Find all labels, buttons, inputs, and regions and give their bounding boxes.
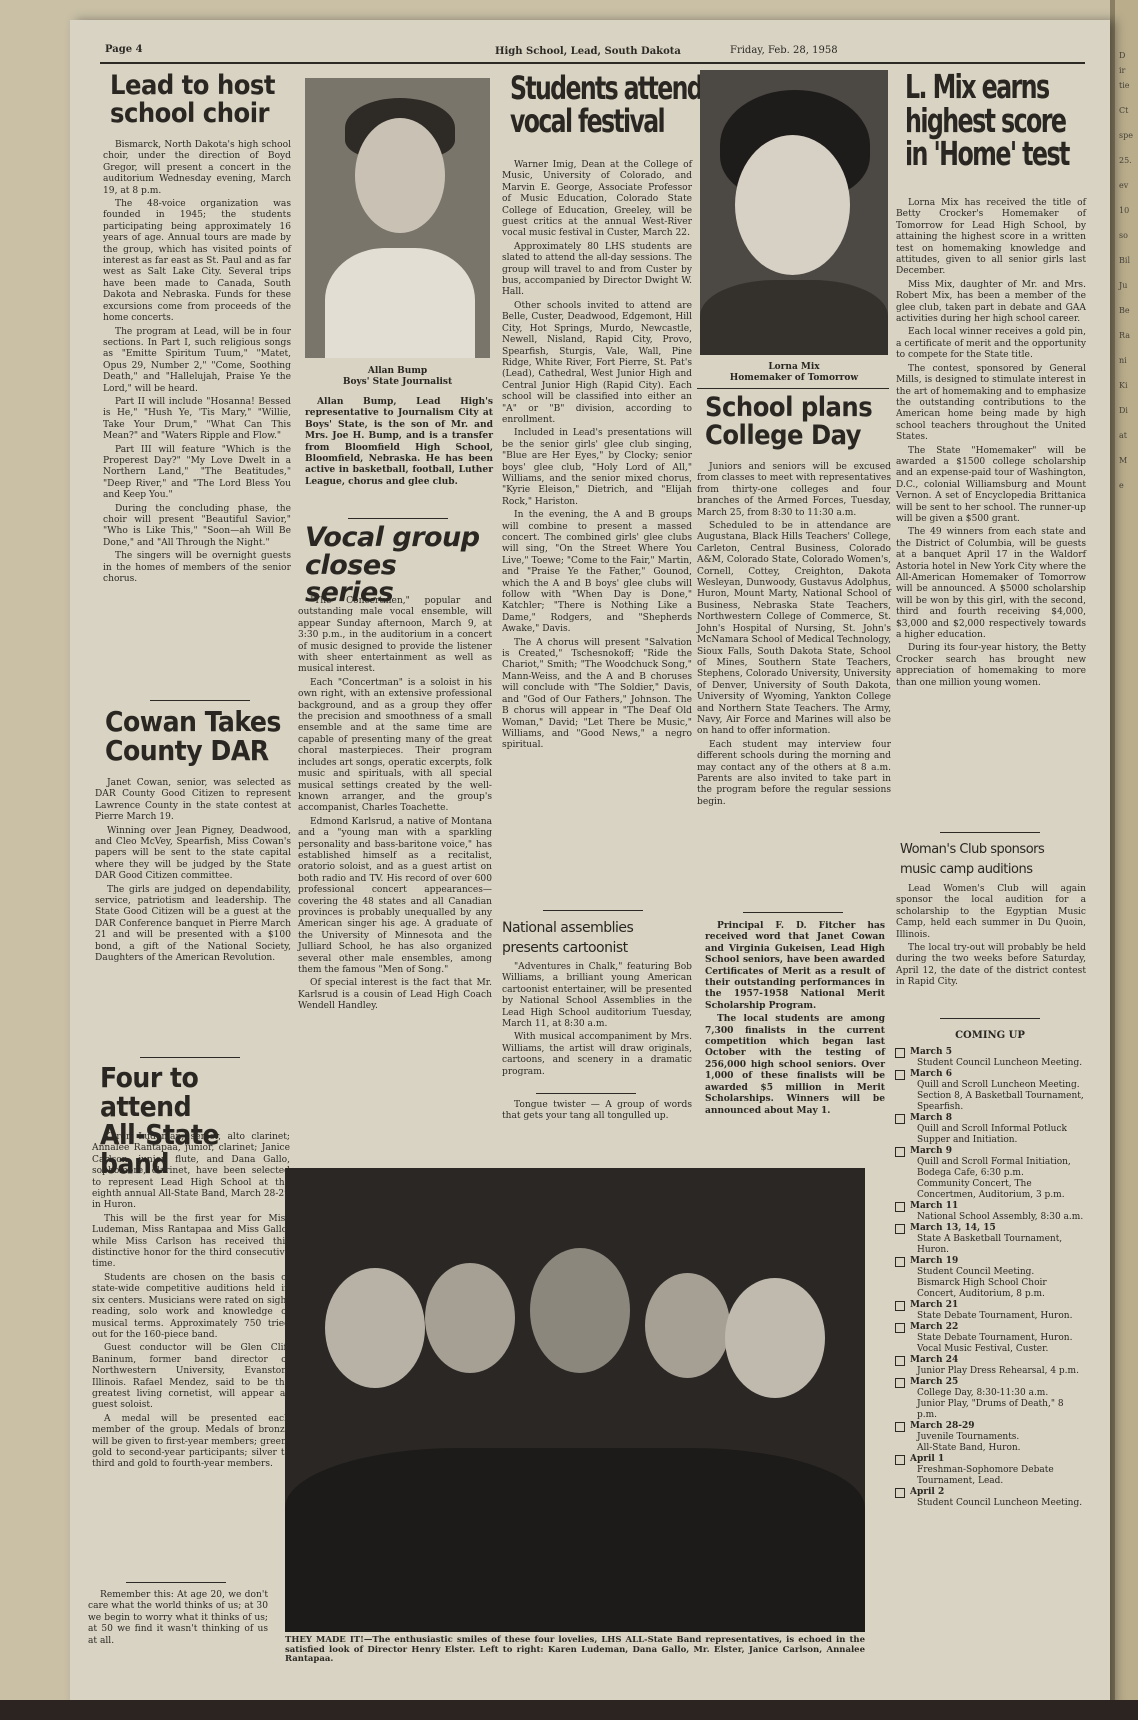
calendar-entry: March 25College Day, 8:30-11:30 a.m.Juni… [895,1377,1085,1421]
date-label: April 1 [910,1454,944,1465]
date-label: March 8 [910,1113,952,1124]
article-cartoonist-body: "Adventures in Chalk," featuring Bob Wil… [502,962,692,1080]
publication-name: High School, Lead, South Dakota [495,46,681,57]
calendar-event: Quill and Scroll Luncheon Meeting. [895,1080,1085,1091]
divider [140,1057,240,1058]
article-band-body: Karen Ludeman, senior, alto clarinet; An… [92,1132,290,1473]
fragment-text: so [1119,230,1137,241]
checkbox-icon [895,1048,905,1058]
checkbox-icon [895,1422,905,1432]
calendar-event: Freshman-Sophomore Debate Tournament, Le… [895,1465,1085,1487]
date-label: March 5 [910,1047,952,1058]
calendar-event: Bismarck High School Choir Concert, Audi… [895,1278,1085,1300]
calendar-date: April 1 [895,1454,1085,1465]
calendar-date: March 9 [895,1146,1085,1157]
calendar-event: All-State Band, Huron. [895,1443,1085,1454]
fragment-text: ir [1119,65,1137,76]
checkbox-icon [895,1202,905,1212]
article-cartoonist: National assembliespresents cartoonist [502,918,692,958]
date-label: March 6 [910,1069,952,1080]
issue-date: Friday, Feb. 28, 1958 [730,45,838,56]
fragment-text: tie [1119,80,1137,91]
calendar-date: March 24 [895,1355,1085,1366]
photo-allan-bump [305,78,490,358]
fragment-text: Di [1119,405,1137,416]
calendar-date: March 25 [895,1377,1085,1388]
photo-lorna-mix [700,70,888,355]
calendar-event: Student Council Meeting. [895,1267,1085,1278]
calendar-event: Junior Play, "Drums of Death," 8 p.m. [895,1399,1085,1421]
calendar-entry: March 6Quill and Scroll Luncheon Meeting… [895,1069,1085,1113]
checkbox-icon [895,1488,905,1498]
article-dar: Cowan TakesCounty DAR [105,708,290,765]
fragment-text: 10 [1119,205,1137,216]
headline: Woman's Club sponsorsmusic camp audition… [900,840,1090,880]
article-college-day-body: Juniors and seniors will be excused from… [697,462,891,810]
calendar-entry: March 28-29Juvenile Tournaments.All-Stat… [895,1421,1085,1454]
date-label: April 2 [910,1487,944,1498]
calendar-event: State A Basketball Tournament, Huron. [895,1234,1085,1256]
article-vocal-group-body: "The Concertmen," popular and outstandin… [298,596,492,1015]
calendar-entry: March 13, 14, 15State A Basketball Tourn… [895,1223,1085,1256]
date-label: March 21 [910,1300,958,1311]
calendar-entry: March 19Student Council Meeting.Bismarck… [895,1256,1085,1300]
photo-caption-bump: Allan Bump Boys' State Journalist [305,366,490,388]
article-merit-body: Principal F. D. Fitcher has received wor… [705,920,885,1118]
page-number: Page 4 [105,44,143,55]
calendar-event: Quill and Scroll Formal Initiation, Bode… [895,1157,1085,1179]
photo-caption-mix: Lorna Mix Homemaker of Tomorrow [700,362,888,384]
calendar-date: March 8 [895,1113,1085,1124]
calendar-event: Vocal Music Festival, Custer. [895,1344,1085,1355]
calendar-list: March 5Student Council Luncheon Meeting.… [895,1047,1085,1509]
headline: School plansCollege Day [705,394,890,449]
article-choir: Lead to hostschool choir [110,72,290,127]
masthead-rule [100,62,1085,64]
calendar-date: March 11 [895,1201,1085,1212]
fragment-text: D [1119,50,1137,61]
checkbox-icon [895,1455,905,1465]
date-label: March 13, 14, 15 [910,1223,996,1234]
checkbox-icon [895,1114,905,1124]
divider [126,1582,226,1583]
calendar-date: March 13, 14, 15 [895,1223,1085,1234]
checkbox-icon [895,1378,905,1388]
date-label: March 24 [910,1355,958,1366]
remember-filler: Remember this: At age 20, we don't care … [88,1590,268,1649]
calendar-event: Quill and Scroll Informal Potluck Supper… [895,1124,1085,1146]
date-label: March 19 [910,1256,958,1267]
calendar-entry: March 11National School Assembly, 8:30 a… [895,1201,1085,1223]
calendar-event: Junior Play Dress Rehearsal, 4 p.m. [895,1366,1085,1377]
calendar-entry: March 5Student Council Luncheon Meeting. [895,1047,1085,1069]
calendar-date: March 19 [895,1256,1085,1267]
adjacent-page-edge: DirtieCtspe25.ev10soBilJuBeRaniKiDiatMe [1115,0,1138,1720]
article-mix: L. Mix earnshighest scorein 'Home' test [905,70,1095,171]
calendar-entry: March 22State Debate Tournament, Huron.V… [895,1322,1085,1355]
article-festival-body: Warner Imig, Dean at the College of Musi… [502,160,692,754]
divider [940,832,1040,833]
divider [543,910,643,911]
fragment-text: Be [1119,305,1137,316]
checkbox-icon [895,1257,905,1267]
fragment-text: e [1119,480,1137,491]
calendar-title: COMING UP [895,1030,1085,1041]
calendar-event: Juvenile Tournaments. [895,1432,1085,1443]
divider [940,1018,1040,1019]
calendar-event: State Debate Tournament, Huron. [895,1311,1085,1322]
headline: Cowan TakesCounty DAR [105,708,290,765]
article-womens-club-body: Lead Women's Club will again sponsor the… [896,884,1086,991]
calendar-date: March 28-29 [895,1421,1085,1432]
coming-up-calendar: COMING UP March 5Student Council Luncheo… [895,1030,1085,1509]
calendar-date: March 5 [895,1047,1085,1058]
calendar-event: Student Council Luncheon Meeting. [895,1498,1085,1509]
fragment-text: Ct [1119,105,1137,116]
divider [743,912,843,913]
fragment-text: 25. [1119,155,1137,166]
calendar-event: Student Council Luncheon Meeting. [895,1058,1085,1069]
checkbox-icon [895,1323,905,1333]
checkbox-icon [895,1070,905,1080]
calendar-event: State Debate Tournament, Huron. [895,1333,1085,1344]
calendar-entry: March 8Quill and Scroll Informal Potluck… [895,1113,1085,1146]
fragment-text: spe [1119,130,1137,141]
calendar-event: National School Assembly, 8:30 a.m. [895,1212,1085,1223]
calendar-date: April 2 [895,1487,1085,1498]
fragment-text: M [1119,455,1137,466]
fragment-text: at [1119,430,1137,441]
calendar-event: Section 8, A Basketball Tournament, Spea… [895,1091,1085,1113]
article-festival: Students attendvocal festival [510,72,700,137]
divider [348,518,448,519]
divider [536,1093,636,1094]
article-womens-club: Woman's Club sponsorsmusic camp audition… [900,840,1090,880]
checkbox-icon [895,1301,905,1311]
headline: National assembliespresents cartoonist [502,918,692,958]
photo-all-state-band [285,1168,865,1632]
divider [150,700,250,701]
calendar-date: March 21 [895,1300,1085,1311]
article-mix-body: Lorna Mix has received the title of Bett… [896,198,1086,691]
headline: Lead to hostschool choir [110,72,290,127]
calendar-entry: April 1Freshman-Sophomore Debate Tournam… [895,1454,1085,1487]
headline: L. Mix earnshighest scorein 'Home' test [905,70,1057,171]
date-label: March 22 [910,1322,958,1333]
tongue-twister-filler: Tongue twister — A group of words that g… [502,1100,692,1125]
calendar-entry: March 24Junior Play Dress Rehearsal, 4 p… [895,1355,1085,1377]
calendar-entry: April 2Student Council Luncheon Meeting. [895,1487,1085,1509]
calendar-event: College Day, 8:30-11:30 a.m. [895,1388,1085,1399]
headline: Students attendvocal festival [510,72,666,137]
fragment-text: Ra [1119,330,1137,341]
divider [697,388,889,389]
adjacent-page-text: DirtieCtspe25.ev10soBilJuBeRaniKiDiatMe [1119,50,1137,505]
date-label: March 11 [910,1201,958,1212]
date-label: March 25 [910,1377,958,1388]
checkbox-icon [895,1147,905,1157]
headline: Vocal groupcloses series [305,524,493,607]
calendar-entry: March 9Quill and Scroll Formal Initiatio… [895,1146,1085,1201]
article-college-day: School plansCollege Day [705,394,890,449]
fragment-text: ev [1119,180,1137,191]
bottom-border [0,1700,1138,1720]
fragment-text: Ki [1119,380,1137,391]
fragment-text: Bil [1119,255,1137,266]
calendar-event: Community Concert, The Concertmen, Audit… [895,1179,1085,1201]
checkbox-icon [895,1356,905,1366]
fragment-text: Ju [1119,280,1137,291]
article-bump-body: Allan Bump, Lead High's representative t… [305,396,493,489]
calendar-entry: March 21State Debate Tournament, Huron. [895,1300,1085,1322]
date-label: March 9 [910,1146,952,1157]
calendar-date: March 22 [895,1322,1085,1333]
fragment-text: ni [1119,355,1137,366]
calendar-date: March 6 [895,1069,1085,1080]
article-vocal-group: Vocal groupcloses series [305,524,493,607]
date-label: March 28-29 [910,1421,974,1432]
article-choir-body: Bismarck, North Dakota's high school cho… [103,140,291,587]
article-dar-body: Janet Cowan, senior, was selected as DAR… [95,778,291,967]
band-photo-caption: THEY MADE IT!—The enthusiastic smiles of… [285,1636,865,1667]
checkbox-icon [895,1224,905,1234]
